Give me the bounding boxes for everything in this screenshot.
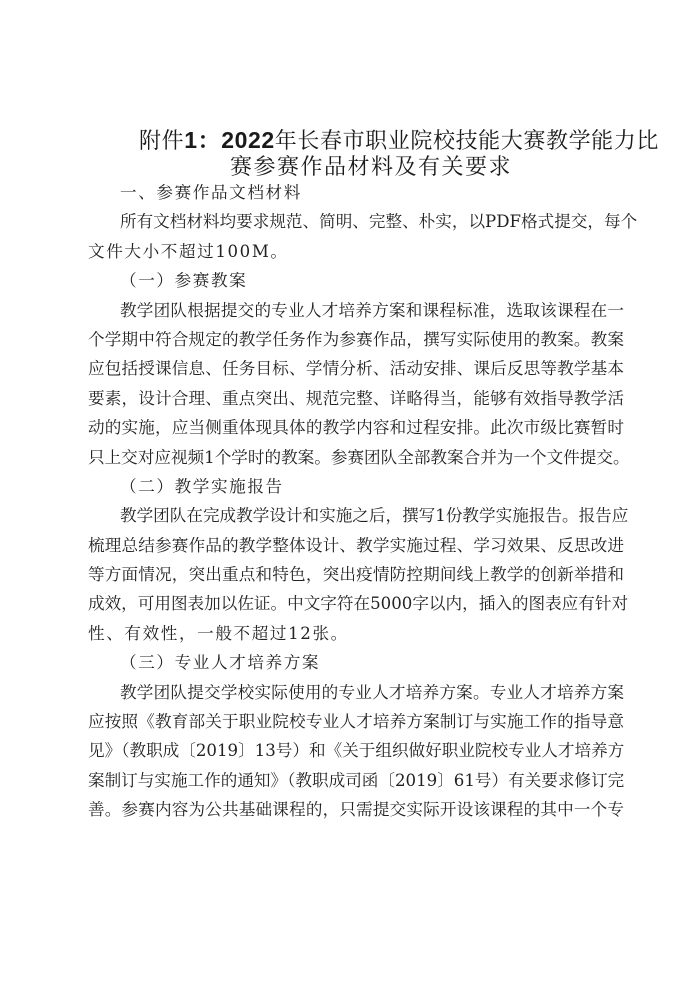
document-title-line-2: 赛参赛作品材料及有关要求 [230, 150, 700, 181]
paragraph-line: 动的实施，应当侧重体现具体的教学内容和过程安排。此次市级比赛暂时 [88, 413, 624, 442]
paragraph-line: 要素，设计合理、重点突出、规范完整、详略得当，能够有效指导教学活 [88, 384, 624, 413]
paragraph-line: 性、有效性，一般不超过12张。 [88, 619, 624, 648]
paragraph-line: 文件大小不超过100M。 [88, 237, 624, 266]
paragraph-line: 梳理总结参赛作品的教学整体设计、教学实施过程、学习效果、反思改进 [88, 531, 624, 560]
paragraph-line: 成效，可用图表加以佐证。中文字符在5000字以内，插入的图表应有针对 [88, 589, 624, 618]
paragraph-line: 应按照《教育部关于职业院校专业人才培养方案制订与实施工作的指导意 [88, 707, 624, 736]
section-heading: 一、参赛作品文档材料 [88, 178, 624, 207]
paragraph-line: 所有文档材料均要求规范、简明、完整、朴实，以PDF格式提交，每个 [88, 207, 624, 236]
document-page: 附件1：2022年长春市职业院校技能大赛教学能力比 赛参赛作品材料及有关要求 一… [0, 0, 700, 989]
paragraph-line: 应包括授课信息、任务目标、学情分析、活动安排、课后反思等教学基本 [88, 354, 624, 383]
document-body: 一、参赛作品文档材料所有文档材料均要求规范、简明、完整、朴实，以PDF格式提交，… [88, 178, 624, 825]
paragraph-line: 善。参赛内容为公共基础课程的，只需提交实际开设该课程的其中一个专 [88, 795, 624, 824]
title-prefix: 附件 [139, 129, 184, 154]
paragraph-line: 等方面情况，突出重点和特色，突出疫情防控期间线上教学的创新举措和 [88, 560, 624, 589]
paragraph-line: 个学期中符合规定的教学任务作为参赛作品，撰写实际使用的教案。教案 [88, 325, 624, 354]
paragraph-line: 案制订与实施工作的通知》（教职成司函〔2019〕61号）有关要求修订完 [88, 766, 624, 795]
paragraph-line: 教学团队在完成教学设计和实施之后，撰写1份教学实施报告。报告应 [88, 501, 624, 530]
subsection-heading: （二）教学实施报告 [88, 472, 624, 501]
paragraph-line: 见》（教职成〔2019〕13号）和《关于组织做好职业院校专业人才培养方 [88, 736, 624, 765]
subsection-heading: （三）专业人才培养方案 [88, 648, 624, 677]
paragraph-line: 教学团队提交学校实际使用的专业人才培养方案。专业人才培养方案 [88, 678, 624, 707]
paragraph-line: 教学团队根据提交的专业人才培养方案和课程标准，选取该课程在一 [88, 296, 624, 325]
paragraph-line: 只上交对应视频1个学时的教案。参赛团队全部教案合并为一个文件提交。 [88, 443, 624, 472]
subsection-heading: （一）参赛教案 [88, 266, 624, 295]
